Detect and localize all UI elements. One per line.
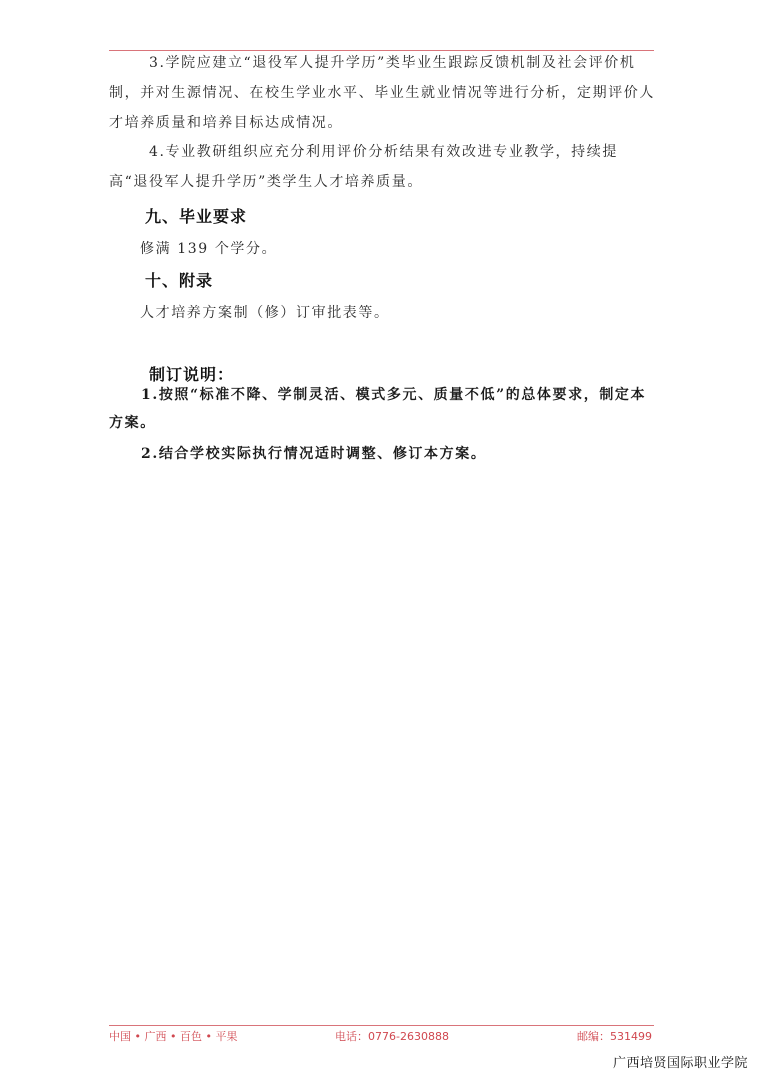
institution-name: 广西培贤国际职业学院	[613, 1052, 748, 1071]
revision-note-text: 2.结合学校实际执行情况适时调整、修订本方案。	[141, 446, 486, 462]
section-heading-appendix: 十、附录	[145, 268, 213, 291]
section-body-graduation-requirements: 修满 139 个学分。	[140, 238, 277, 258]
footer-rule	[109, 1025, 654, 1026]
paragraph-text: 4.专业教研组织应充分利用评价分析结果有效改进专业教学，持续提高“退役军人提升学…	[109, 144, 618, 190]
footer-location: 中国 • 广西 • 百色 • 平果	[109, 1028, 237, 1044]
footer-phone: 电话：0776-2630888	[335, 1028, 449, 1044]
footer-postcode: 邮编：531499	[577, 1028, 652, 1044]
paragraph-text: 3.学院应建立“退役军人提升学历”类毕业生跟踪反馈机制及社会评价机制，并对生源情…	[109, 55, 655, 131]
revision-note-1: 1.按照“标准不降、学制灵活、模式多元、质量不低”的总体要求，制定本方案。	[109, 381, 657, 437]
section-heading-graduation-requirements: 九、毕业要求	[145, 204, 247, 227]
paragraph-item-4: 4.专业教研组织应充分利用评价分析结果有效改进专业教学，持续提高“退役军人提升学…	[109, 137, 657, 197]
section-body-appendix: 人才培养方案制（修）订审批表等。	[140, 302, 390, 322]
paragraph-item-3: 3.学院应建立“退役军人提升学历”类毕业生跟踪反馈机制及社会评价机制，并对生源情…	[109, 48, 657, 138]
revision-note-text: 1.按照“标准不降、学制灵活、模式多元、质量不低”的总体要求，制定本方案。	[109, 387, 646, 431]
revision-note-2: 2.结合学校实际执行情况适时调整、修订本方案。	[109, 440, 657, 468]
